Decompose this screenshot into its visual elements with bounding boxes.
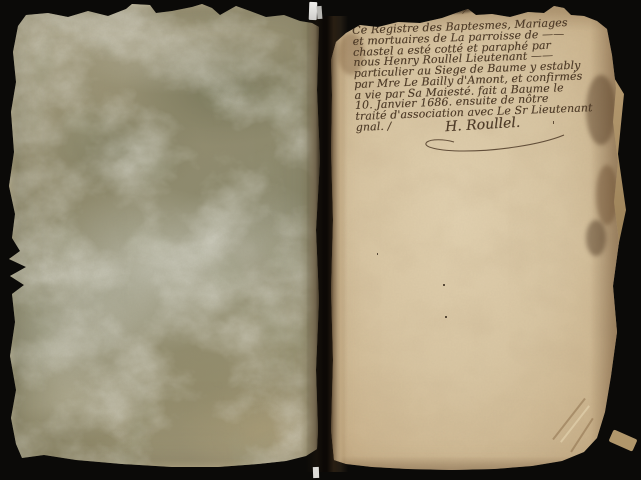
ink-speck: [377, 253, 378, 255]
signature-flourish: [412, 132, 570, 154]
edge-stain: [586, 220, 606, 256]
manuscript-scan: 7 Ce Registre des Baptesmes, Mariages et…: [0, 0, 641, 480]
binder-clip-bottom: [313, 467, 319, 478]
left-page-parchment-cover: [8, 3, 320, 469]
corner-page-sliver: [608, 429, 637, 451]
ink-speck: [443, 284, 445, 286]
binder-clip-top-side: [317, 6, 323, 19]
signature-tick: ': [552, 119, 555, 132]
ink-speck: [445, 316, 447, 318]
handwritten-note: Ce Registre des Baptesmes, Mariages et m…: [352, 17, 612, 134]
page-mark: 7: [460, 6, 468, 18]
right-page-flyleaf: 7 Ce Registre des Baptesmes, Mariages et…: [328, 5, 620, 472]
gutter-shadow: [306, 16, 348, 472]
parchment-grain: [8, 3, 320, 469]
